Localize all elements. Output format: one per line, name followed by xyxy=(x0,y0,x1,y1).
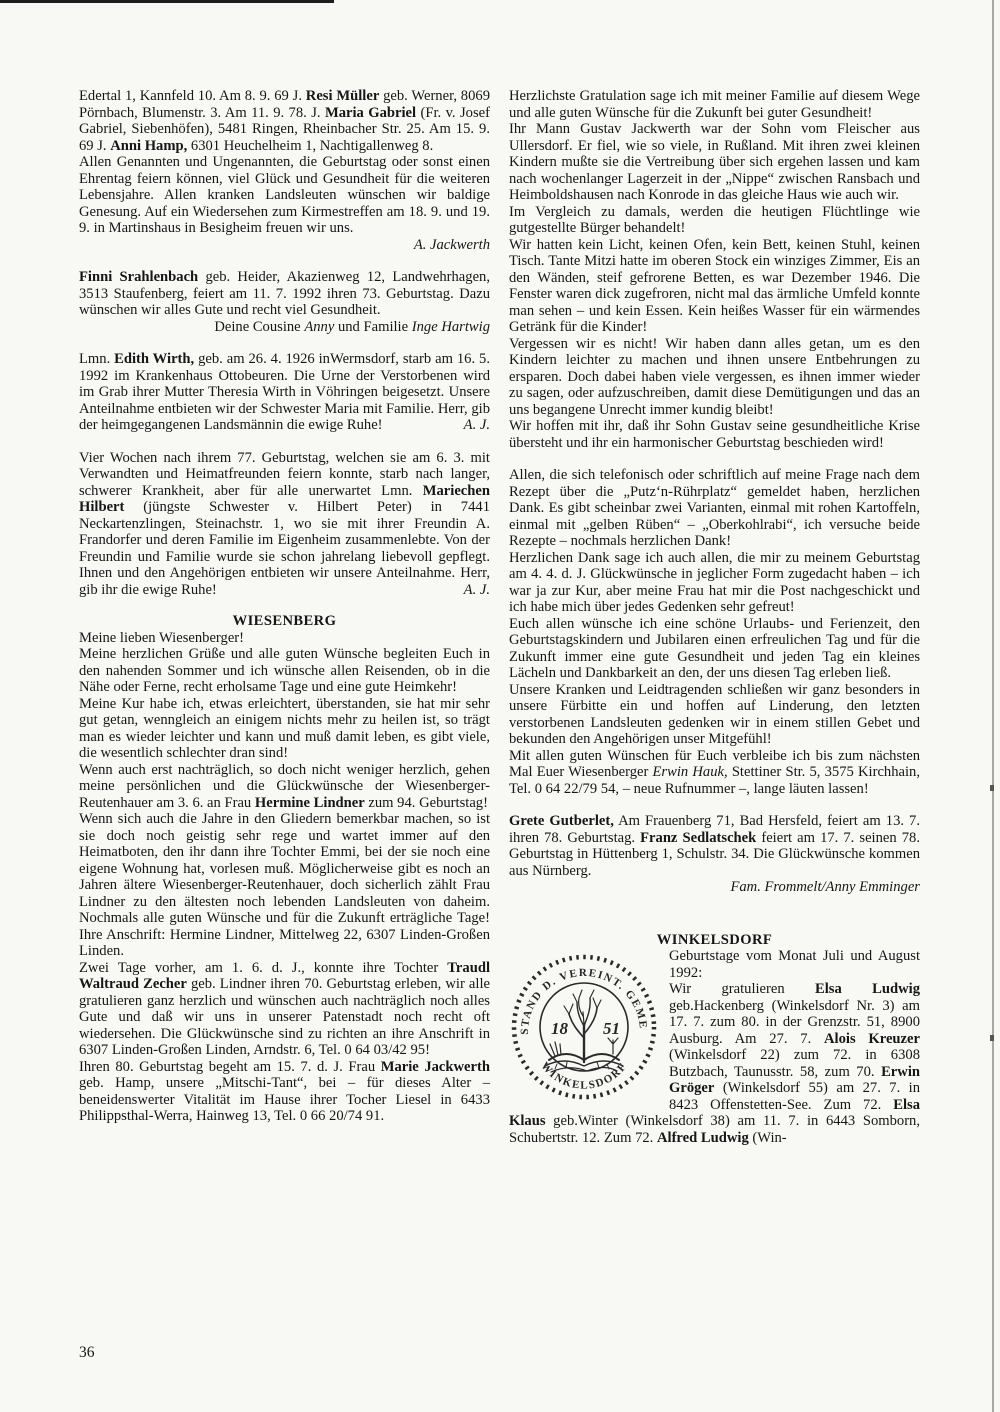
urlaub-wishes-paragraph: Euch allen wünsche ich eine schöne Urlau… xyxy=(509,616,920,682)
winter-1946-memories: Wir hatten kein Licht, keinen Ofen, kein… xyxy=(509,237,920,336)
scan-artifact-right-edge xyxy=(992,0,994,1412)
section-title-winkelsdorf: WINKELSDORF xyxy=(509,932,920,949)
right-column: Herzlichste Gratulation sage ich mit mei… xyxy=(509,88,920,1146)
geburtstag-dank-paragraph: Herzlichen Dank sage ich auch allen, die… xyxy=(509,550,920,616)
seal-graphic: VORSTAND D. VEREINT. GEMEINDE WINKELSDOR… xyxy=(509,952,659,1102)
comparison-today-paragraph: Im Vergleich zu damals, werden die heuti… xyxy=(509,204,920,237)
wiesenberg-summer-wishes: Meine herzlichen Grüße und alle guten Wü… xyxy=(79,646,490,696)
section-title-wiesenberg: WIESENBERG xyxy=(79,613,490,630)
farewell-erwin-hauk: Mit allen guten Wünschen für Euch verble… xyxy=(509,748,920,798)
seal-year-18: 18 xyxy=(551,1019,569,1038)
page-number: 36 xyxy=(79,1344,95,1362)
signature-cousine-anny: Deine Cousine Anny und Familie Inge Hart… xyxy=(79,319,490,336)
svg-text:WINKELSDORF: WINKELSDORF xyxy=(538,1060,629,1092)
wiesenberg-marie-jackwerth: Ihren 80. Geburtstag begeht am 15. 7. d.… xyxy=(79,1059,490,1125)
obituary-mariechen-hilbert: Vier Wochen nach ihrem 77. Geburtstag, w… xyxy=(79,450,490,599)
notice-finni-srahlenbach: Finni Srahlenbach geb. Heider, Akazienwe… xyxy=(79,269,490,319)
newsletter-page: Edertal 1, Kannfeld 10. Am 8. 9. 69 J. R… xyxy=(0,0,1000,1412)
birthday-notices-continued: Edertal 1, Kannfeld 10. Am 8. 9. 69 J. R… xyxy=(79,88,490,154)
gustav-jackwerth-history: Ihr Mann Gustav Jackwerth war der Sohn v… xyxy=(509,121,920,204)
winkelsdorf-body: VORSTAND D. VEREINT. GEMEINDE WINKELSDOR… xyxy=(509,948,920,1146)
scan-artifact-top-edge xyxy=(0,0,334,3)
notice-grete-gutberlet: Grete Gutberlet, Am Frauenberg 71, Bad H… xyxy=(509,813,920,879)
winkelsdorf-seal-stamp: VORSTAND D. VEREINT. GEMEINDE WINKELSDOR… xyxy=(509,952,659,1102)
wiesenberg-lindner-details: Wenn sich auch die Jahre in den Gliedern… xyxy=(79,811,490,960)
signature-frommelt-emminger: Fam. Frommelt/Anny Emminger xyxy=(509,879,920,896)
seal-ring-text-bottom: WINKELSDORF xyxy=(538,1060,629,1092)
left-column: Edertal 1, Kannfeld 10. Am 8. 9. 69 J. R… xyxy=(79,88,490,1125)
vergessen-wir-nicht-paragraph: Vergessen wir es nicht! Wir haben dann a… xyxy=(509,336,920,419)
wiesenberg-greeting: Meine lieben Wiesenberger! xyxy=(79,630,490,647)
gratulation-paragraph: Herzlichste Gratulation sage ich mit mei… xyxy=(509,88,920,121)
kranken-fuerbitte-paragraph: Unsere Kranken und Leidtragenden schließ… xyxy=(509,682,920,748)
obituary-edith-wirth: Lmn. Edith Wirth, geb. am 26. 4. 1926 in… xyxy=(79,351,490,434)
hope-for-gustav-paragraph: Wir hoffen mit ihr, daß ihr Sohn Gustav … xyxy=(509,418,920,451)
scan-speck xyxy=(990,785,994,791)
rezept-dank-paragraph: Allen, die sich telefonisch oder schrift… xyxy=(509,467,920,550)
signature-a-jackwerth: A. Jackwerth xyxy=(79,237,490,254)
congratulations-all-paragraph: Allen Genannten und Ungenannten, die Geb… xyxy=(79,154,490,237)
wiesenberg-hermine-lindner-congrats: Wenn auch erst nachträglich, so doch nic… xyxy=(79,762,490,812)
seal-year-51: 51 xyxy=(603,1019,620,1038)
scan-speck xyxy=(990,1035,994,1041)
wiesenberg-kur-report: Meine Kur habe ich, etwas erleichtert, ü… xyxy=(79,696,490,762)
wiesenberg-traudl-zecher: Zwei Tage vorher, am 1. 6. d. J., konnte… xyxy=(79,960,490,1059)
